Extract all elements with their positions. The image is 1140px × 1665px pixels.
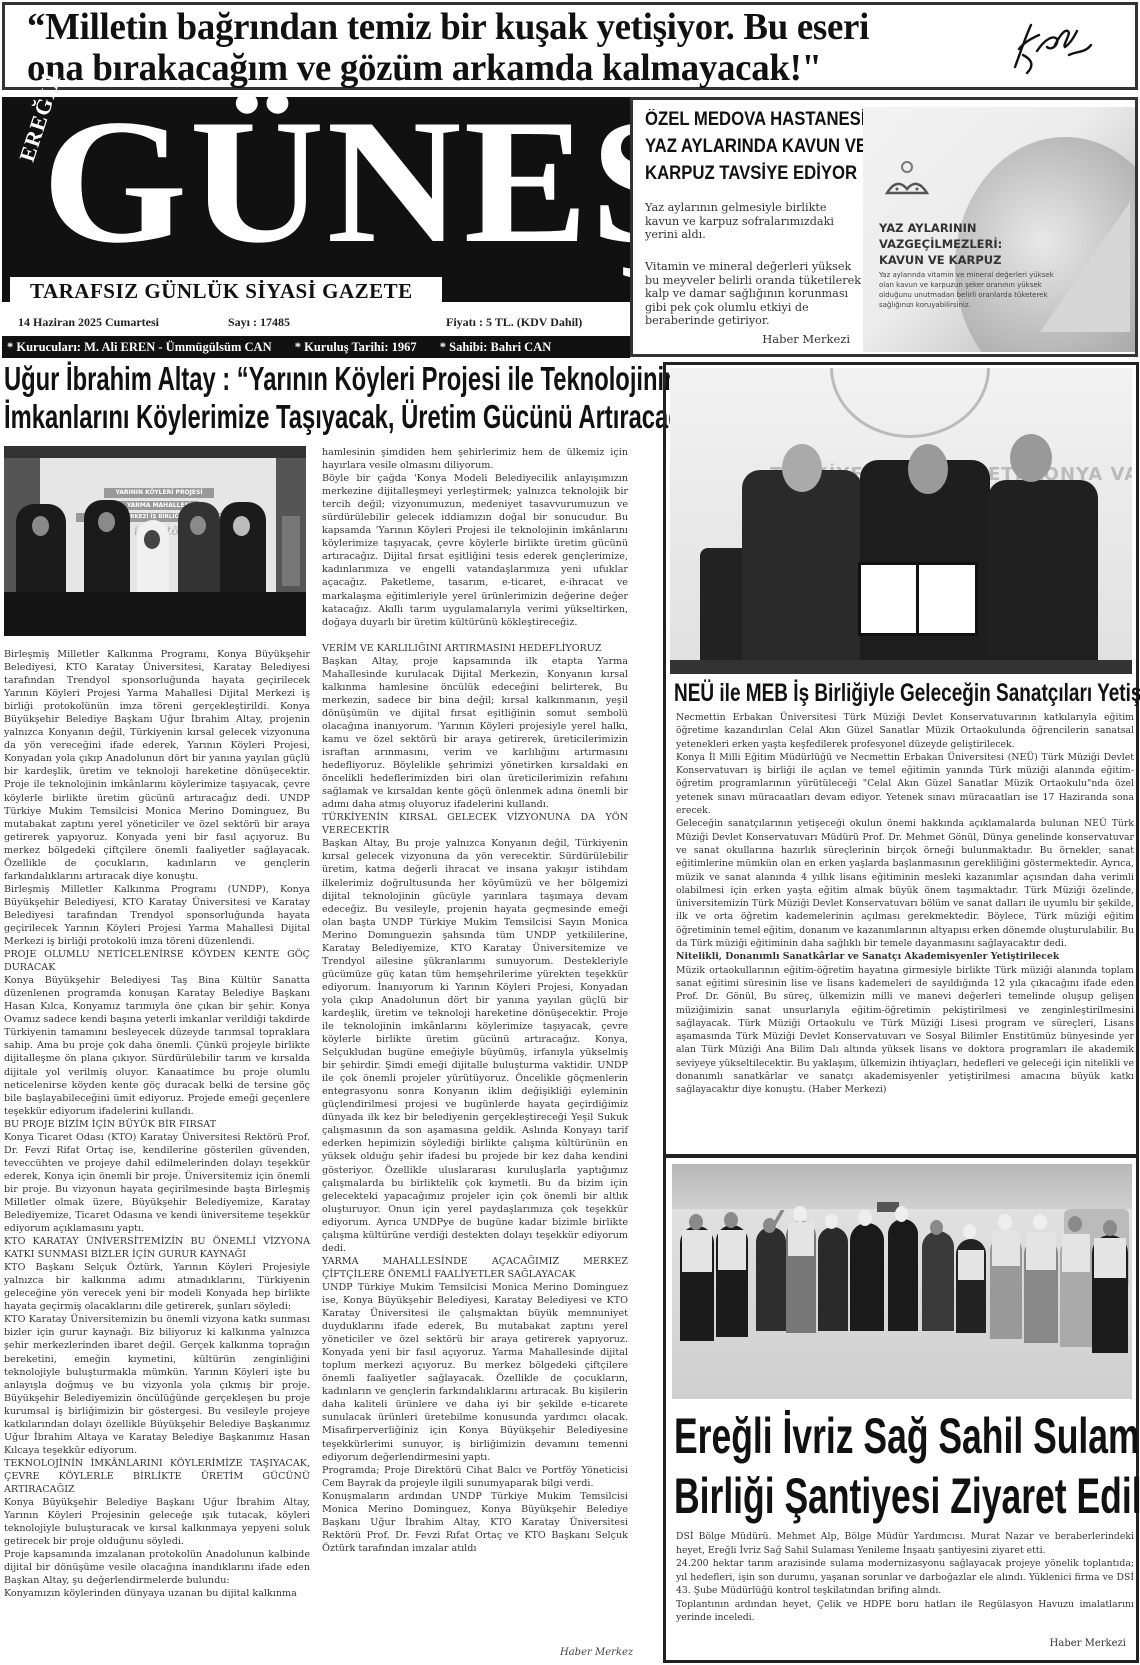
- melon-ad-image: YAZ AYLARININ VAZGEÇİLMEZLERİ: KAVUN VE …: [863, 107, 1135, 352]
- neu-article-body: Necmettin Erbakan Üniversitesi Türk Müzi…: [676, 711, 1134, 1097]
- ad-image-heading: YAZ AYLARININ VAZGEÇİLMEZLERİ: KAVUN VE …: [879, 220, 1039, 268]
- subheading: TÜRKİYENİN KIRSAL GELECEK VİZYONUNA DA Y…: [322, 811, 628, 837]
- owner: * Sahibi: Bahri CAN: [440, 340, 551, 354]
- dsi-article-body: DSİ Bölge Müdürü. Mehmet Alp, Bölge Müdü…: [676, 1530, 1134, 1625]
- neu-article-headline: NEÜ ile MEB İş Birliğiyle Geleceğin Sana…: [674, 677, 1130, 709]
- subheading: Nitelikli, Donanımlı Sanatkârlar ve Sana…: [676, 950, 1134, 963]
- dsi-article-headline: Ereğli İvriz Sağ Sahil Sulama Birliği Şa…: [674, 1406, 1128, 1526]
- newspaper-title: GÜNEŞ: [42, 91, 696, 271]
- ataturk-quote-banner: “Milletin bağrından temiz bir kuşak yeti…: [2, 2, 1138, 90]
- issue-price: Fiyatı : 5 TL. (KDV Dahil): [446, 315, 582, 330]
- ataturk-signature-icon: [1005, 15, 1095, 79]
- issue-number: Sayı : 17485: [228, 315, 290, 330]
- ad-image-body: Yaz aylarında vitamin ve mineral değerle…: [879, 270, 1069, 310]
- dsi-article-byline: Haber Merkezi: [1050, 1638, 1126, 1649]
- subheading: VERİM VE KARLILIĞINI ARTIRMASINI HEDEFLİ…: [322, 642, 628, 655]
- newspaper-masthead: GÜNEŞ EREĞLİ TARAFSIZ GÜNLÜK SİYASİ GAZE…: [2, 97, 630, 302]
- founders-bar: * Kurucuları: M. Ali EREN - Ümmügülsüm C…: [2, 336, 630, 358]
- neu-meb-article: TÜRKİYE CUMHURİYETİ KONYA VALİLİĞİ NEÜ i…: [663, 362, 1139, 1157]
- issue-info-bar: 14 Haziran 2025 Cumartesi Sayı : 17485 F…: [2, 312, 630, 334]
- dsi-irrigation-article: Ereğli İvriz Sağ Sahil Sulama Birliği Şa…: [663, 1155, 1139, 1663]
- main-article-column-2: hamlesinin şimdiden hem şehirlerimiz hem…: [322, 446, 628, 1555]
- main-article-byline: Haber Merkez: [560, 1647, 633, 1658]
- subheading: YARMA MAHALLESİNDE AÇACAĞIMIZ MERKEZ ÇİF…: [322, 1255, 628, 1281]
- issue-date: 14 Haziran 2025 Cumartesi: [18, 315, 159, 330]
- main-article-headline: Uğur İbrahim Altay : “Yarının Köyleri Pr…: [4, 360, 462, 436]
- melon-logo-icon: [883, 157, 931, 205]
- ad-paragraph: Yaz aylarının gelmesiyle birlikte kavun …: [645, 201, 863, 242]
- subheading: BU PROJE BİZİM İÇİN BÜYÜK BİR FIRSAT: [4, 1118, 310, 1131]
- subheading: PROJE OLUMLU NETİCELENİRSE KÖYDEN KENTE …: [4, 948, 310, 974]
- ad-title: ÖZEL MEDOVA HASTANESİ YAZ AYLARINDA KAVU…: [645, 106, 830, 187]
- subheading: TEKNOLOJİNİN İMKÂNLARINI KÖYLERİMİZE TAŞ…: [4, 1457, 310, 1496]
- ad-paragraph: Vitamin ve mineral değerleri yüksek bu m…: [645, 260, 863, 328]
- newspaper-tagline: TARAFSIZ GÜNLÜK SİYASİ GAZETE: [10, 277, 442, 305]
- signing-ceremony-photo: YARININ KÖYLERİ PROJESİ YARMA MAHALLESİ …: [4, 446, 306, 636]
- founders: * Kurucuları: M. Ali EREN - Ümmügülsüm C…: [7, 340, 272, 354]
- subheading: KTO KARATAY ÜNİVERSİTEMİZİN BU ÖNEMLİ Vİ…: [4, 1235, 310, 1261]
- main-article-column-1: Birleşmiş Milletler Kalkınma Programı, K…: [4, 648, 310, 1600]
- watermelon-slice-graphic: [1040, 202, 1130, 332]
- protocol-signing-photo: TÜRKİYE CUMHURİYETİ KONYA VALİLİĞİ: [670, 368, 1132, 674]
- ad-byline: Haber Merkezi: [762, 332, 850, 346]
- ataturk-quote: “Milletin bağrından temiz bir kuşak yeti…: [27, 7, 900, 89]
- founded-date: * Kuruluş Tarihi: 1967: [295, 340, 417, 354]
- hospital-advertisement: ÖZEL MEDOVA HASTANESİ YAZ AYLARINDA KAVU…: [630, 97, 1138, 357]
- construction-site-group-photo: [672, 1164, 1132, 1399]
